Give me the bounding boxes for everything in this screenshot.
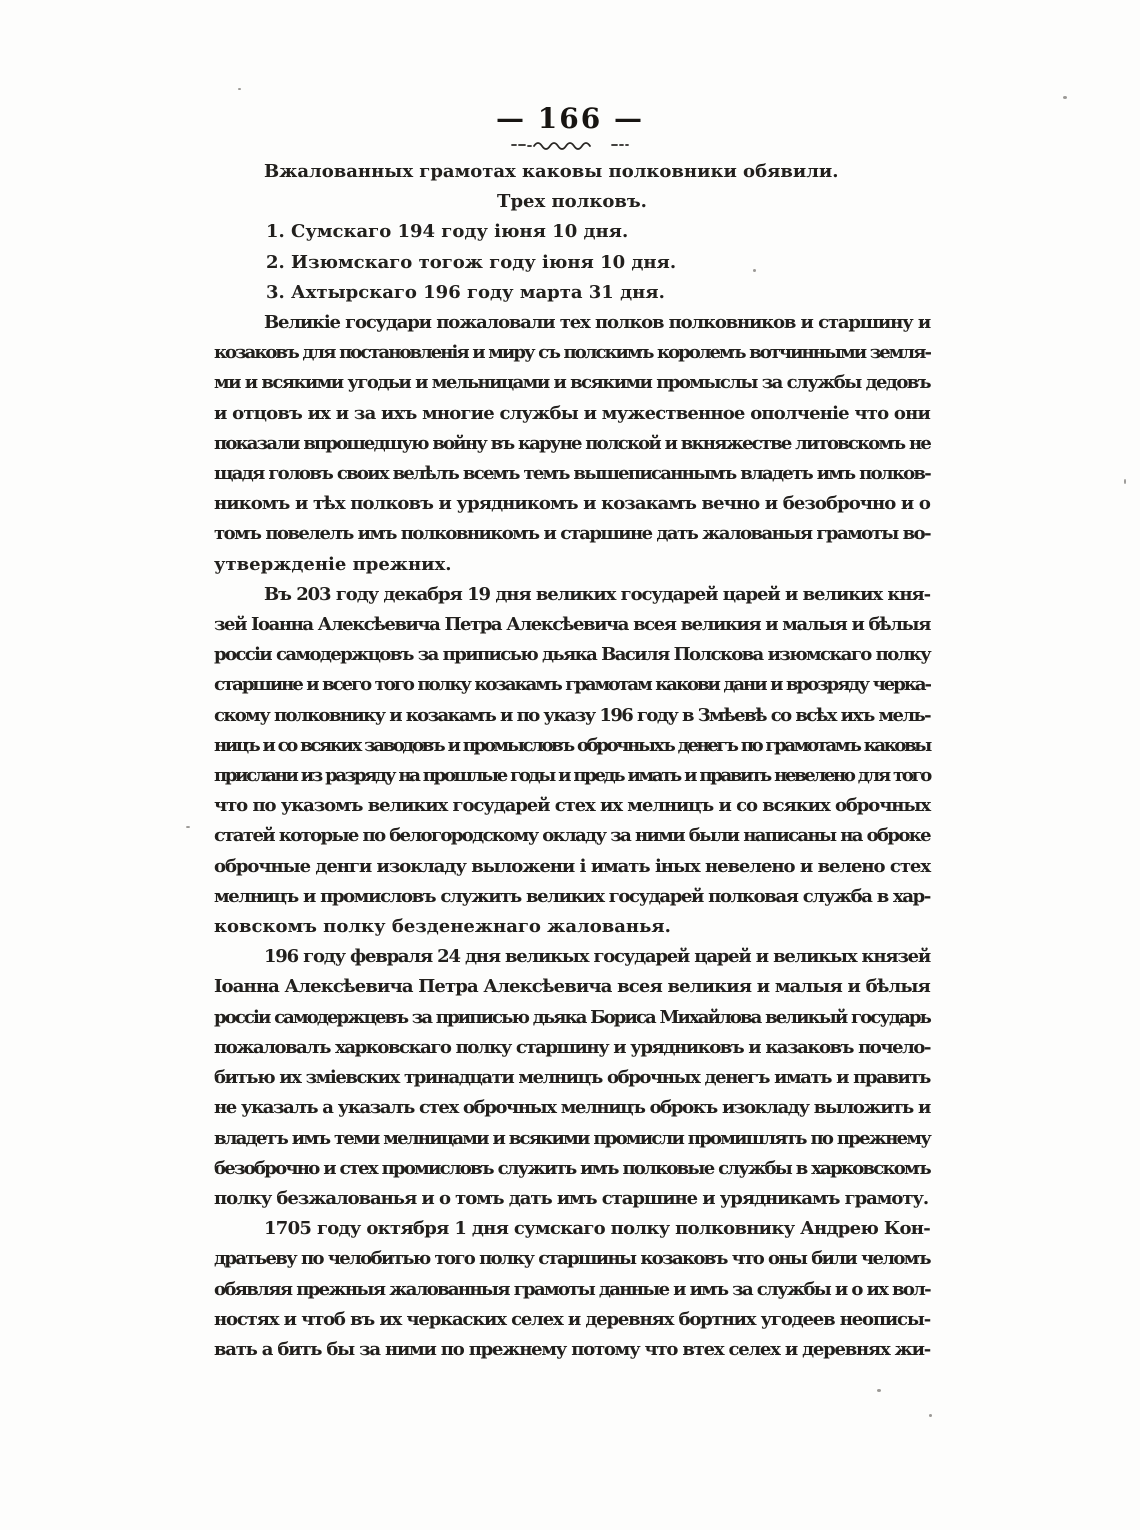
text-line: щадя головъ своих велѣлъ всемъ темъ выше… bbox=[214, 459, 930, 489]
text-line: зей Іоанна Алексѣевича Петра Алексѣевича… bbox=[214, 610, 930, 640]
ornamental-rule-icon bbox=[510, 139, 632, 151]
text-line: утвержденіе прежних. bbox=[214, 550, 930, 580]
text-line: Въ 203 году декабря 19 дня великих госуд… bbox=[214, 580, 930, 610]
text-line: ми и всякими угодьи и мельницами и всяки… bbox=[214, 368, 930, 398]
text-line: мелницъ и промисловъ служить великих гос… bbox=[214, 882, 930, 912]
text-line: что по указомъ великих государей стех их… bbox=[214, 791, 930, 821]
list-item: 2. Изюмскаго тогож году іюня 10 дня. bbox=[214, 248, 930, 278]
text-line: россіи самодержцевъ за приписью дьяка Бо… bbox=[214, 1003, 930, 1033]
text-line: и отцовъ их и за ихъ многие службы и муж… bbox=[214, 399, 930, 429]
text-line: показали впрошедшую войну въ каруне полс… bbox=[214, 429, 930, 459]
text-line: Великіе государи пожаловали тех полков п… bbox=[214, 308, 930, 338]
text-line: оброчные денги изокладу выложени і имать… bbox=[214, 852, 930, 882]
text-line: битью их зміевских тринадцати мелницъ об… bbox=[214, 1063, 930, 1093]
scan-speck bbox=[186, 826, 190, 828]
text-line: 196 году февраля 24 дня великых государе… bbox=[214, 942, 930, 972]
text-line: дратьеву по челобитью того полку старшин… bbox=[214, 1244, 930, 1274]
text-line: ницъ и со всяких заводовъ и промысловъ о… bbox=[214, 731, 930, 761]
scanned-book-page: — 166 — Вжалованных грамотах каковы полк… bbox=[0, 0, 1140, 1530]
text-line: Іоанна Алексѣевича Петра Алексѣевича все… bbox=[214, 972, 930, 1002]
text-line: не указалъ а указалъ стех оброчных мелни… bbox=[214, 1093, 930, 1123]
text-line: томъ повелелъ имъ полковникомъ и старшин… bbox=[214, 519, 930, 549]
scan-speck bbox=[238, 88, 241, 90]
text-line: никомъ и тѣх полковъ и урядникомъ и коза… bbox=[214, 489, 930, 519]
scan-speck bbox=[929, 1414, 932, 1417]
list-item: 3. Ахтырскаго 196 году марта 31 дня. bbox=[214, 278, 930, 308]
list-item: 1. Сумскаго 194 году іюня 10 дня. bbox=[214, 217, 930, 247]
text-line: прислани из разряду на прошлые годы и пр… bbox=[214, 761, 930, 791]
scan-speck bbox=[753, 269, 756, 272]
text-line: россіи самодержцовъ за приписью дьяка Ва… bbox=[214, 640, 930, 670]
paragraph: Въ 203 году декабря 19 дня великих госуд… bbox=[214, 580, 930, 942]
scan-speck bbox=[1124, 479, 1126, 484]
scan-speck bbox=[1063, 96, 1067, 99]
text-line: старшине и всего того полку козакамъ гра… bbox=[214, 670, 930, 700]
section-heading: Вжалованных грамотах каковы полковники о… bbox=[214, 157, 930, 187]
page-number: — 166 — bbox=[0, 102, 1140, 135]
text-line: ностях и чтоб въ их черкаских селех и де… bbox=[214, 1305, 930, 1335]
text-line: полку безжалованья и о томъ дать имъ ста… bbox=[214, 1184, 930, 1214]
paragraph: 196 году февраля 24 дня великых государе… bbox=[214, 942, 930, 1214]
subsection-heading: Трех полковъ. bbox=[214, 187, 930, 217]
text-line: вать а бить бы за ними по прежнему потом… bbox=[214, 1335, 930, 1365]
text-line: владетъ имъ теми мелницами и всякими про… bbox=[214, 1124, 930, 1154]
text-line: козаковъ для постановленія и миру съ пол… bbox=[214, 338, 930, 368]
text-line: пожаловалъ харковскаго полку старшину и … bbox=[214, 1033, 930, 1063]
text-line: 1705 году октября 1 дня сумскаго полку п… bbox=[214, 1214, 930, 1244]
paragraph: 1705 году октября 1 дня сумскаго полку п… bbox=[214, 1214, 930, 1365]
text-line: статей которые по белогородскому окладу … bbox=[214, 821, 930, 851]
text-line: ковскомъ полку безденежнаго жалованья. bbox=[214, 912, 930, 942]
paragraph: Великіе государи пожаловали тех полков п… bbox=[214, 308, 930, 580]
scan-speck bbox=[877, 1389, 881, 1392]
text-line: безоброчно и стех промисловъ служить имъ… bbox=[214, 1154, 930, 1184]
text-line: скому полковнику и козакамъ и по указу 1… bbox=[214, 701, 930, 731]
text-line: обявляя прежныя жалованныя грамоты данны… bbox=[214, 1275, 930, 1305]
body-paragraphs: Великіе государи пожаловали тех полков п… bbox=[214, 308, 930, 1365]
decree-list: 1. Сумскаго 194 году іюня 10 дня.2. Изюм… bbox=[214, 217, 930, 308]
text-block: Вжалованных грамотах каковы полковники о… bbox=[214, 157, 930, 1365]
